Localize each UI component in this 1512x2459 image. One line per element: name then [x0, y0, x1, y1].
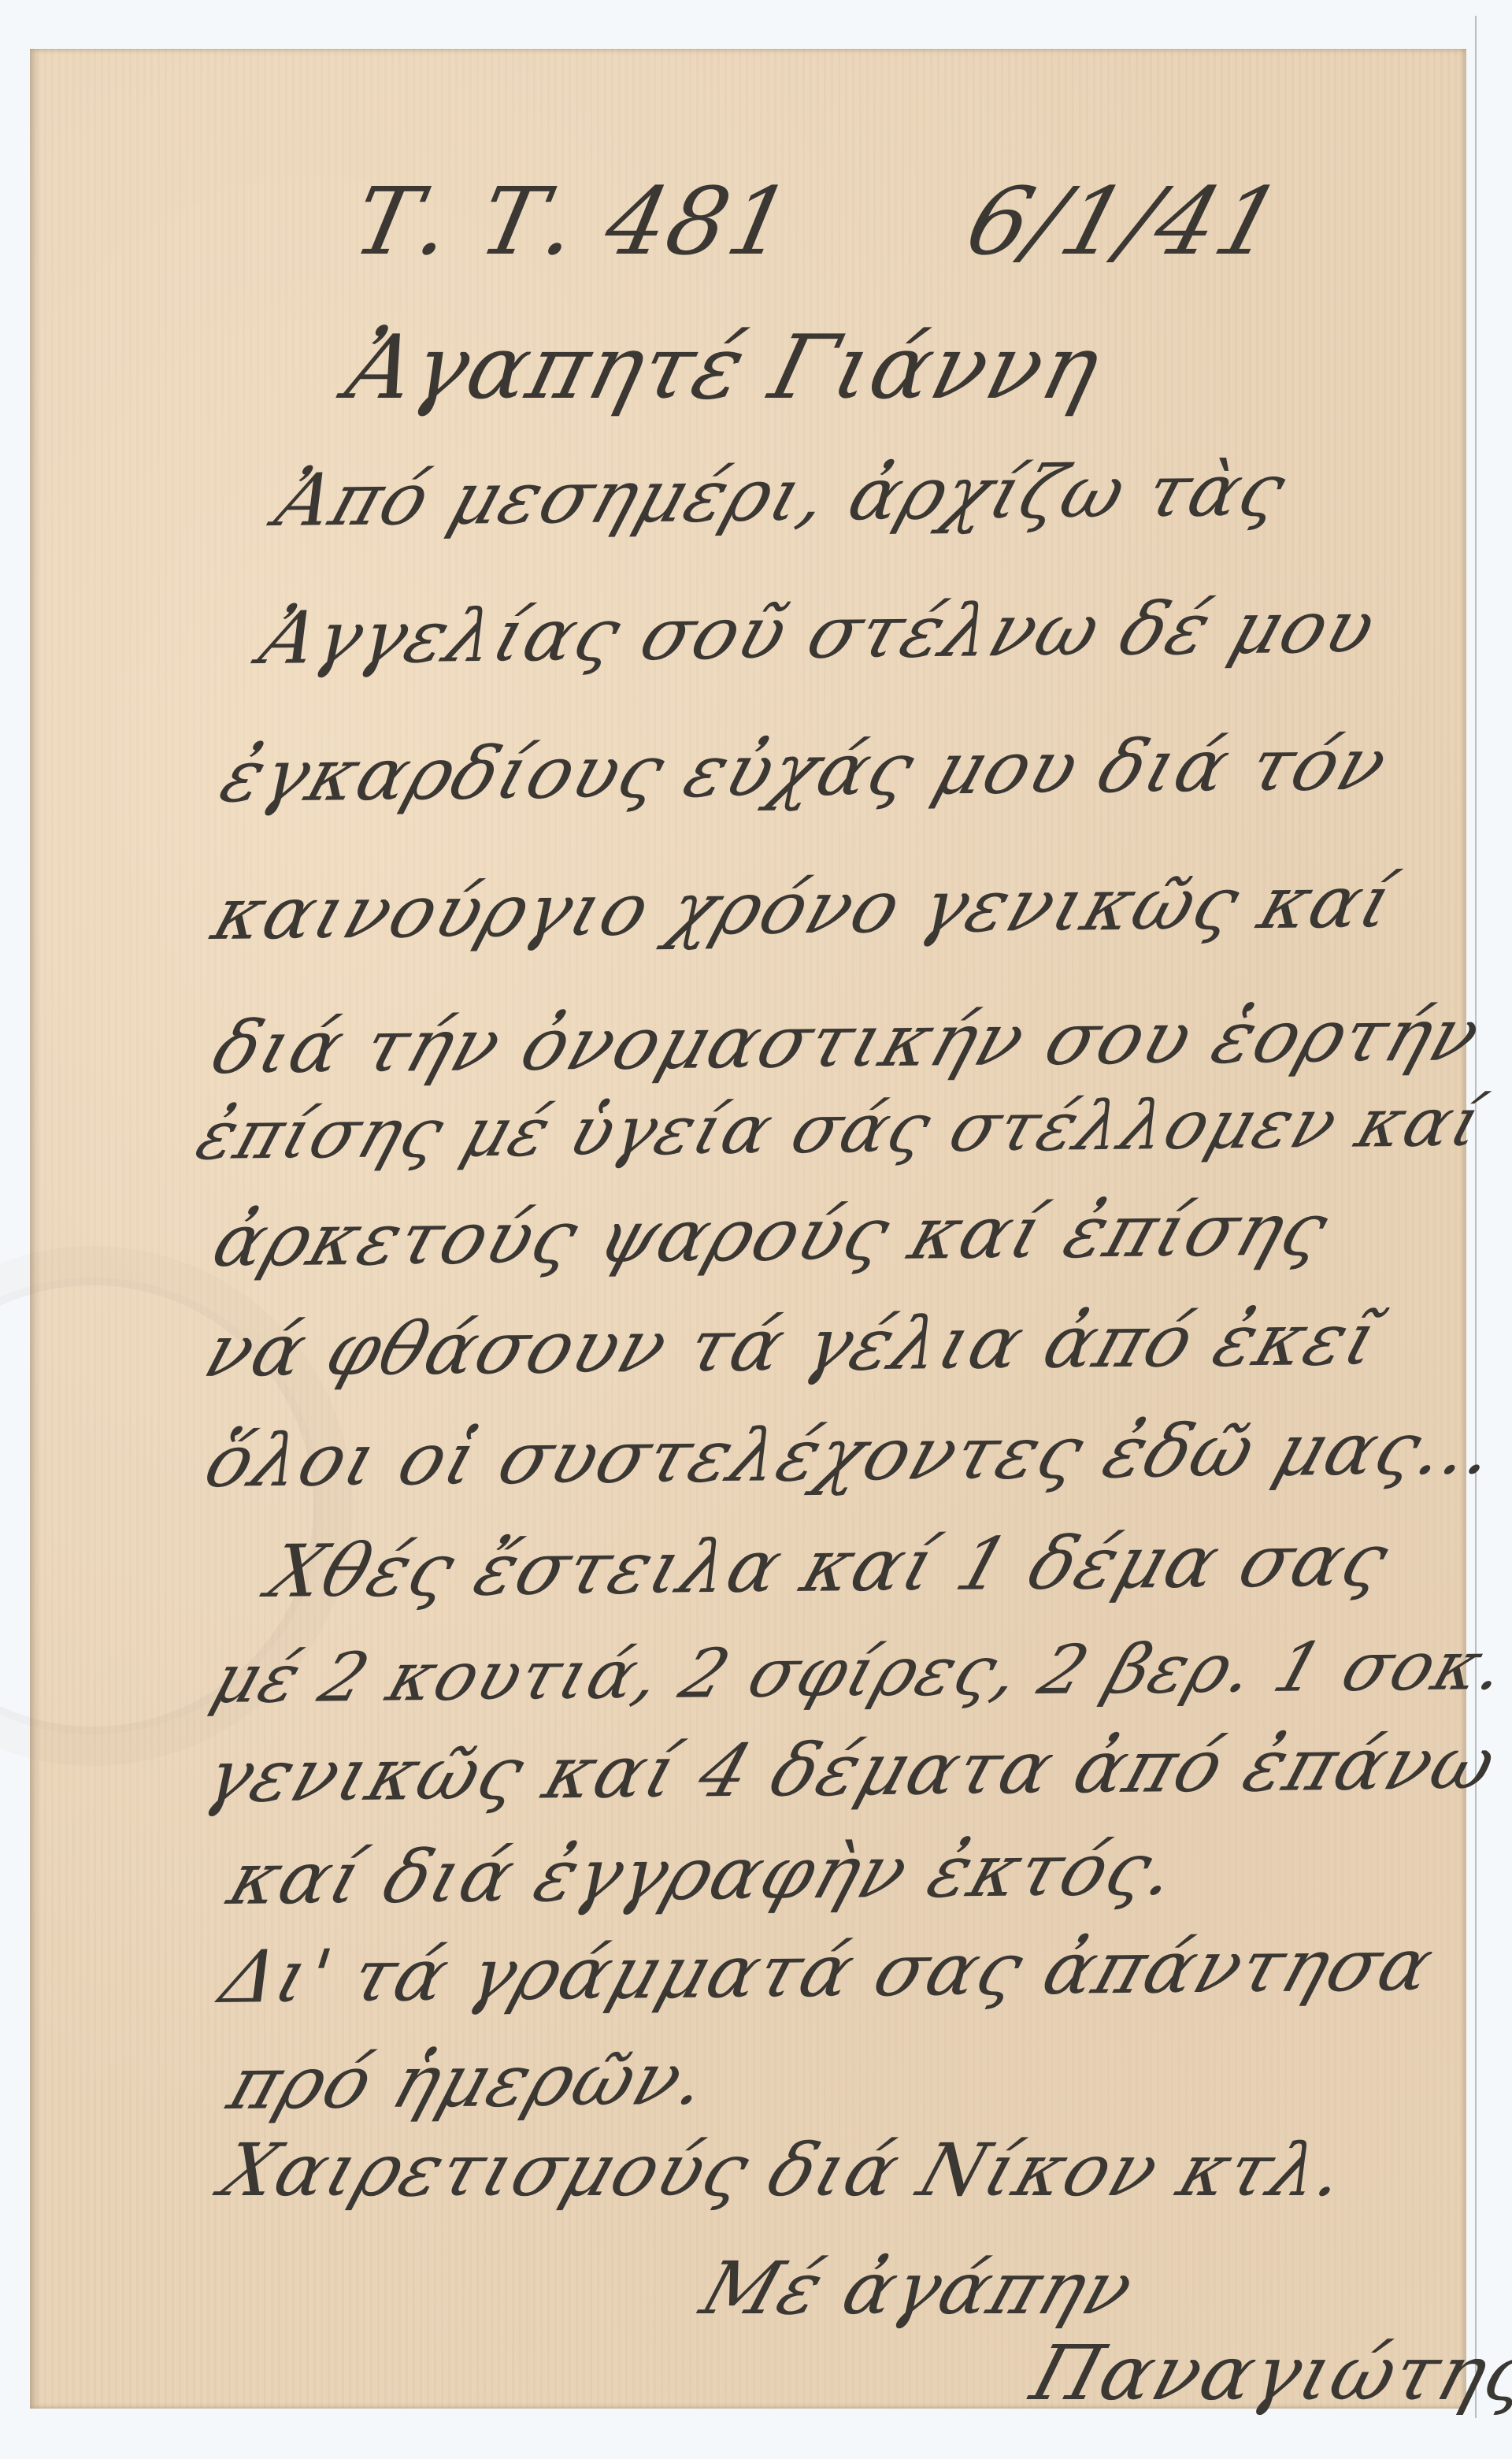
body-line: νά φθάσουν τά γέλια ἀπό ἐκεῖ [195, 1297, 1391, 1393]
body-line: Δι' τά γράμματά σας ἀπάντησα [211, 1923, 1445, 2019]
body-line: Χθές ἔστειλα καί 1 δέμα σας [258, 1518, 1400, 1614]
scan-background: Τ. Τ. 481 6/1/41 Ἀγαπητέ Γιάννη Ἀπό μεση… [0, 0, 1512, 2459]
body-line: καινούργιο χρόνο γενικῶς καί [203, 859, 1406, 956]
salutation: Ἀγαπητέ Γιάννη [337, 317, 1111, 419]
body-line: Ἀγγελίας σοῦ στέλνω δέ μου [250, 584, 1387, 681]
body-line: ἐπίσης μέ ὑγεία σάς στέλλομεν καί [187, 1083, 1494, 1175]
header-reference: Τ. Τ. 481 [345, 167, 802, 276]
body-line: Ἀπό μεσημέρι, ἀρχίζω τὰς [266, 448, 1297, 543]
body-line: ὅλοι οἱ συστελέχοντες ἐδῶ μας... [195, 1406, 1507, 1504]
body-line: πρό ἡμερῶν. [219, 2037, 719, 2126]
body-line: καί διά ἐγγραφὴν ἐκτός. [219, 1827, 1188, 1921]
signature: Παναγιώτης [1022, 2329, 1512, 2417]
body-line: ἐγκαρδίους εὐχάς μου διά τόν [211, 722, 1399, 818]
body-line: διά τήν ὀνομαστικήν σου ἑορτήν [203, 992, 1492, 1090]
closing-greetings: Χαιρετισμούς διά Νίκον κτλ. [211, 2128, 1358, 2212]
header-date: 6/1/41 [955, 167, 1295, 276]
closing-sign-off: Μέ ἀγάπην [691, 2246, 1145, 2331]
body-line: γενικῶς καί 4 δέματα ἀπό ἐπάνω [195, 1721, 1507, 1819]
body-line: μέ 2 κουτιά, 2 σφίρες, 2 βερ. 1 σοκ. [203, 1626, 1512, 1719]
postcard: Τ. Τ. 481 6/1/41 Ἀγαπητέ Γιάννη Ἀπό μεση… [30, 49, 1466, 2409]
scan-edge-line [1475, 16, 1477, 2418]
body-line: ἀρκετούς ψαρούς καί ἐπίσης [203, 1187, 1340, 1283]
